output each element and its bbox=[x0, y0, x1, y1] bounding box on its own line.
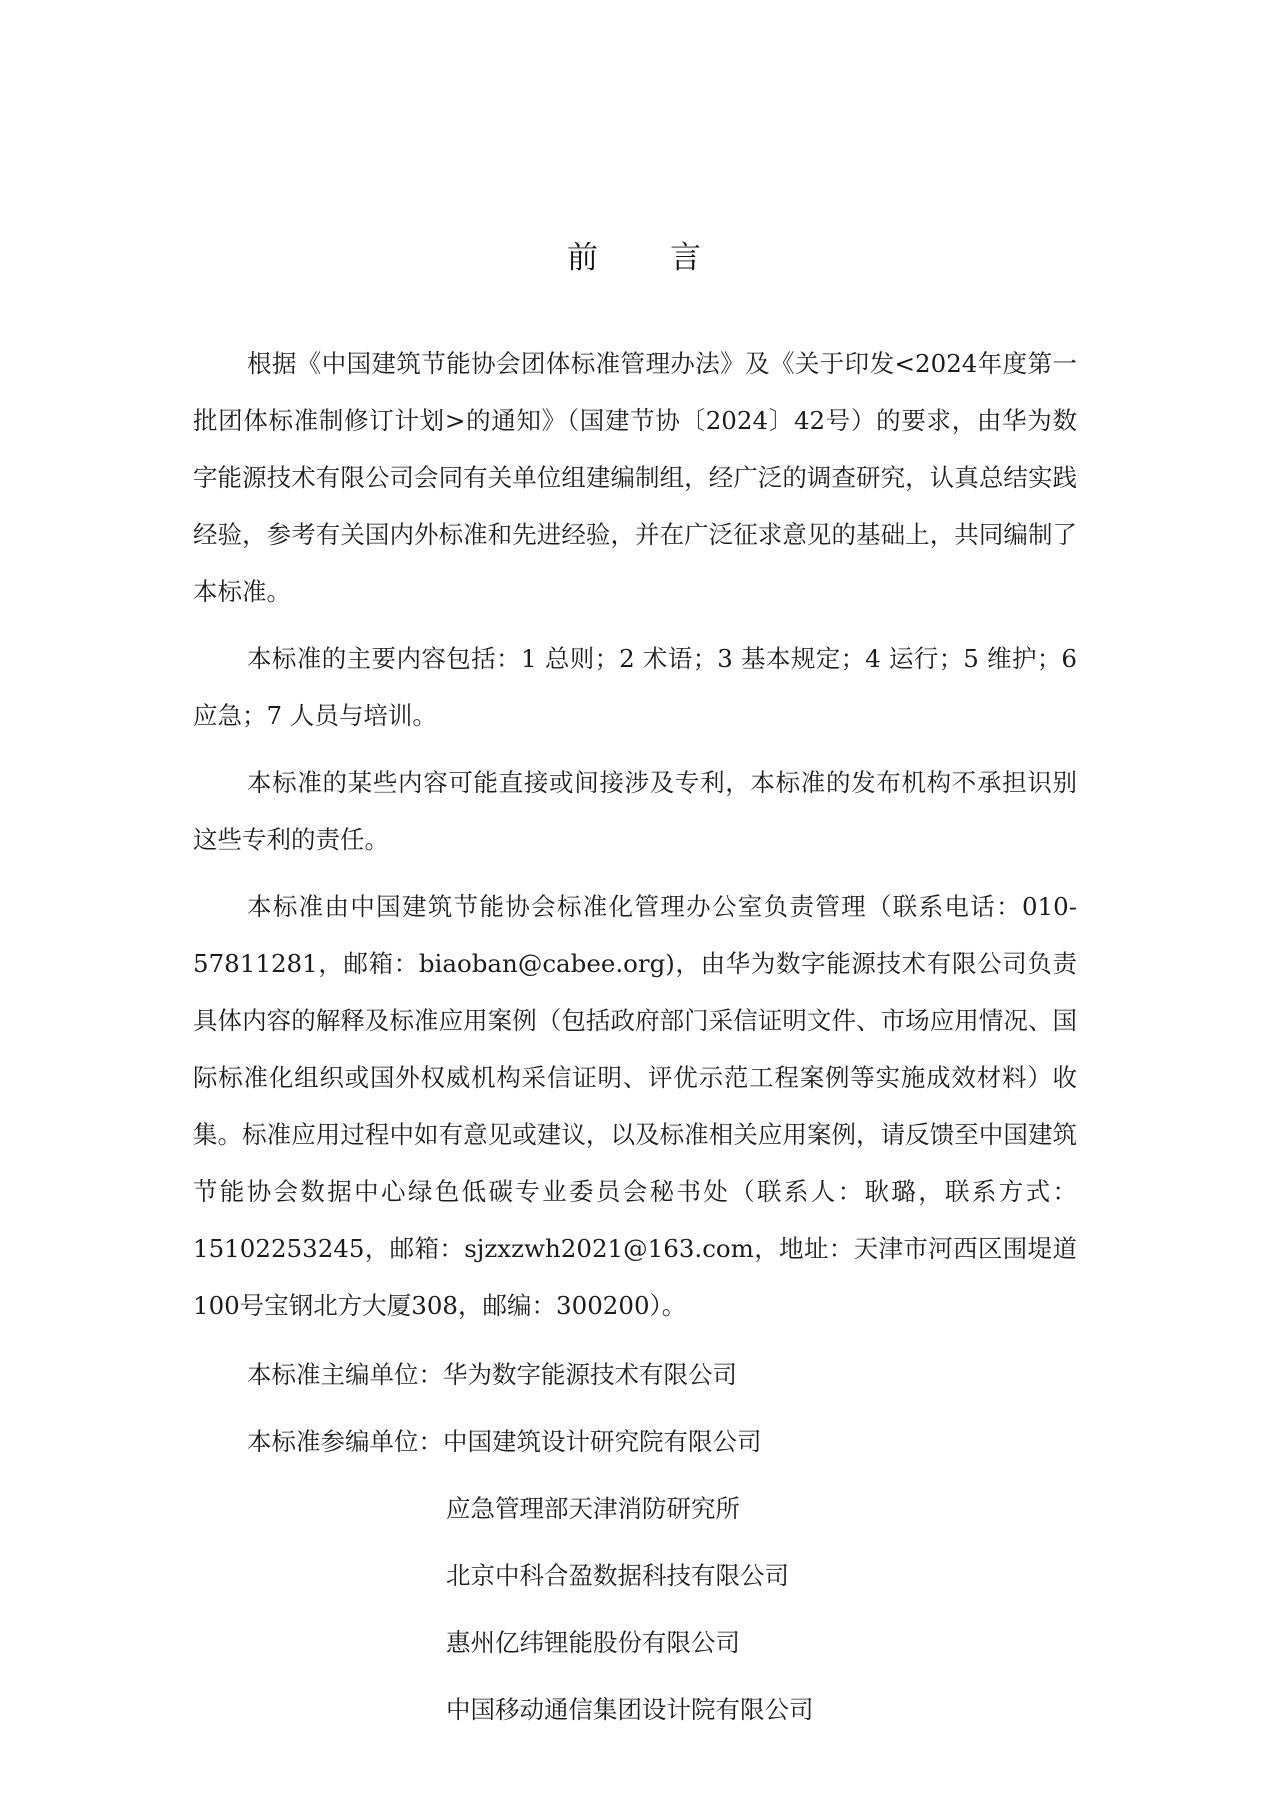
participating-unit: 中国移动通信集团设计院有限公司 bbox=[446, 1695, 814, 1724]
page-title: 前言 bbox=[0, 232, 1268, 277]
participating-row: 惠州亿纬锂能股份有限公司 bbox=[193, 1614, 1077, 1681]
chief-editor-row: 本标准主编单位：华为数字能源技术有限公司 bbox=[193, 1346, 1077, 1413]
title-char-1: 前 bbox=[567, 240, 598, 276]
participating-unit: 应急管理部天津消防研究所 bbox=[446, 1494, 740, 1523]
paragraph-basis: 根据《中国建筑节能协会团体标准管理办法》及《关于印发<2024年度第一批团体标准… bbox=[193, 335, 1077, 620]
participating-label: 本标准参编单位： bbox=[247, 1427, 443, 1456]
paragraph-management: 本标准由中国建筑节能协会标准化管理办公室负责管理（联系电话：010-578112… bbox=[193, 878, 1077, 1334]
participating-row: 应急管理部天津消防研究所 bbox=[193, 1480, 1077, 1547]
title-char-2: 言 bbox=[670, 240, 701, 276]
preface-body: 根据《中国建筑节能协会团体标准管理办法》及《关于印发<2024年度第一批团体标准… bbox=[193, 335, 1077, 1748]
participating-row: 中国移动通信集团设计院有限公司 bbox=[193, 1681, 1077, 1748]
paragraph-contents: 本标准的主要内容包括：1 总则；2 术语；3 基本规定；4 运行；5 维护；6 … bbox=[193, 630, 1077, 744]
paragraph-patent: 本标准的某些内容可能直接或间接涉及专利，本标准的发布机构不承担识别这些专利的责任… bbox=[193, 754, 1077, 868]
participating-unit: 北京中科合盈数据科技有限公司 bbox=[446, 1561, 789, 1590]
participating-row: 本标准参编单位：中国建筑设计研究院有限公司 bbox=[193, 1413, 1077, 1480]
chief-editor-label: 本标准主编单位： bbox=[247, 1360, 443, 1389]
participating-unit: 惠州亿纬锂能股份有限公司 bbox=[446, 1628, 740, 1657]
participating-row: 北京中科合盈数据科技有限公司 bbox=[193, 1547, 1077, 1614]
participating-unit: 中国建筑设计研究院有限公司 bbox=[443, 1427, 762, 1456]
chief-editor-unit: 华为数字能源技术有限公司 bbox=[443, 1360, 737, 1389]
document-page: 前言 根据《中国建筑节能协会团体标准管理办法》及《关于印发<2024年度第一批团… bbox=[0, 0, 1268, 1793]
